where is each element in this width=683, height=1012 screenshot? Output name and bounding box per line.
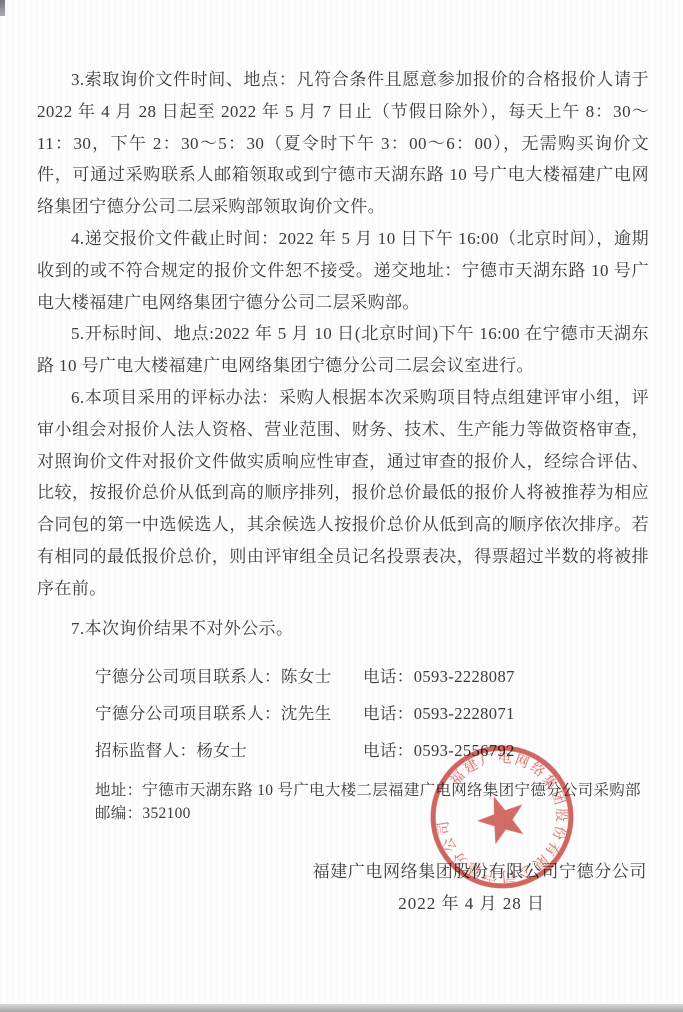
contact-name: 宁德分公司项目联系人：沈先生 (95, 695, 363, 732)
address-block: 地址：宁德市天湖东路 10 号广电大楼二层福建广电网络集团宁德分公司采购部 邮编… (37, 779, 649, 825)
paragraph-5-bid-opening: 5.开标时间、地点:2022 年 5 月 10 日(北京时间)下午 16:00 … (37, 318, 649, 382)
contact-phone: 电话：0593-2556792 (363, 732, 515, 769)
paragraph-3-obtain-documents: 3.索取询价文件时间、地点：凡符合条件且愿意参加报价的合格报价人请于 2022 … (37, 64, 649, 223)
postal-code-line: 邮编：352100 (95, 802, 649, 825)
contact-row: 招标监督人：杨女士 电话：0593-2556792 (37, 732, 649, 769)
scan-artifact (0, 0, 5, 16)
contact-name: 宁德分公司项目联系人：陈女士 (95, 658, 363, 695)
contact-row: 宁德分公司项目联系人：陈女士 电话：0593-2228087 (37, 658, 649, 695)
signature-date: 2022 年 4 月 28 日 (37, 891, 649, 917)
document-body: 3.索取询价文件时间、地点：凡符合条件且愿意参加报价的合格报价人请于 2022 … (37, 64, 649, 917)
contact-phone: 电话：0593-2228071 (363, 695, 515, 732)
scanned-document-page: 3.索取询价文件时间、地点：凡符合条件且愿意参加报价的合格报价人请于 2022 … (0, 0, 683, 1012)
signature-block: 福建广电网络集团股份有限公司宁德分公司 2022 年 4 月 28 日 (37, 859, 649, 917)
contact-name: 招标监督人：杨女士 (95, 732, 363, 769)
contact-list: 宁德分公司项目联系人：陈女士 电话：0593-2228087 宁德分公司项目联系… (37, 658, 649, 769)
paragraph-7-no-publicity: 7.本次询价结果不对外公示。 (37, 613, 649, 645)
signature-company-name: 福建广电网络集团股份有限公司宁德分公司 (37, 859, 649, 885)
address-line: 地址：宁德市天湖东路 10 号广电大楼二层福建广电网络集团宁德分公司采购部 (95, 779, 649, 802)
contact-row: 宁德分公司项目联系人：沈先生 电话：0593-2228071 (37, 695, 649, 732)
contact-phone: 电话：0593-2228087 (363, 658, 515, 695)
paragraph-6-evaluation-method: 6.本项目采用的评标办法：采购人根据本次采购项目特点组建评审小组，评审小组会对报… (37, 382, 649, 605)
paragraph-4-submission-deadline: 4.递交报价文件截止时间：2022 年 5 月 10 日下午 16:00（北京时… (37, 223, 649, 318)
scan-bottom-edge (0, 1004, 683, 1012)
